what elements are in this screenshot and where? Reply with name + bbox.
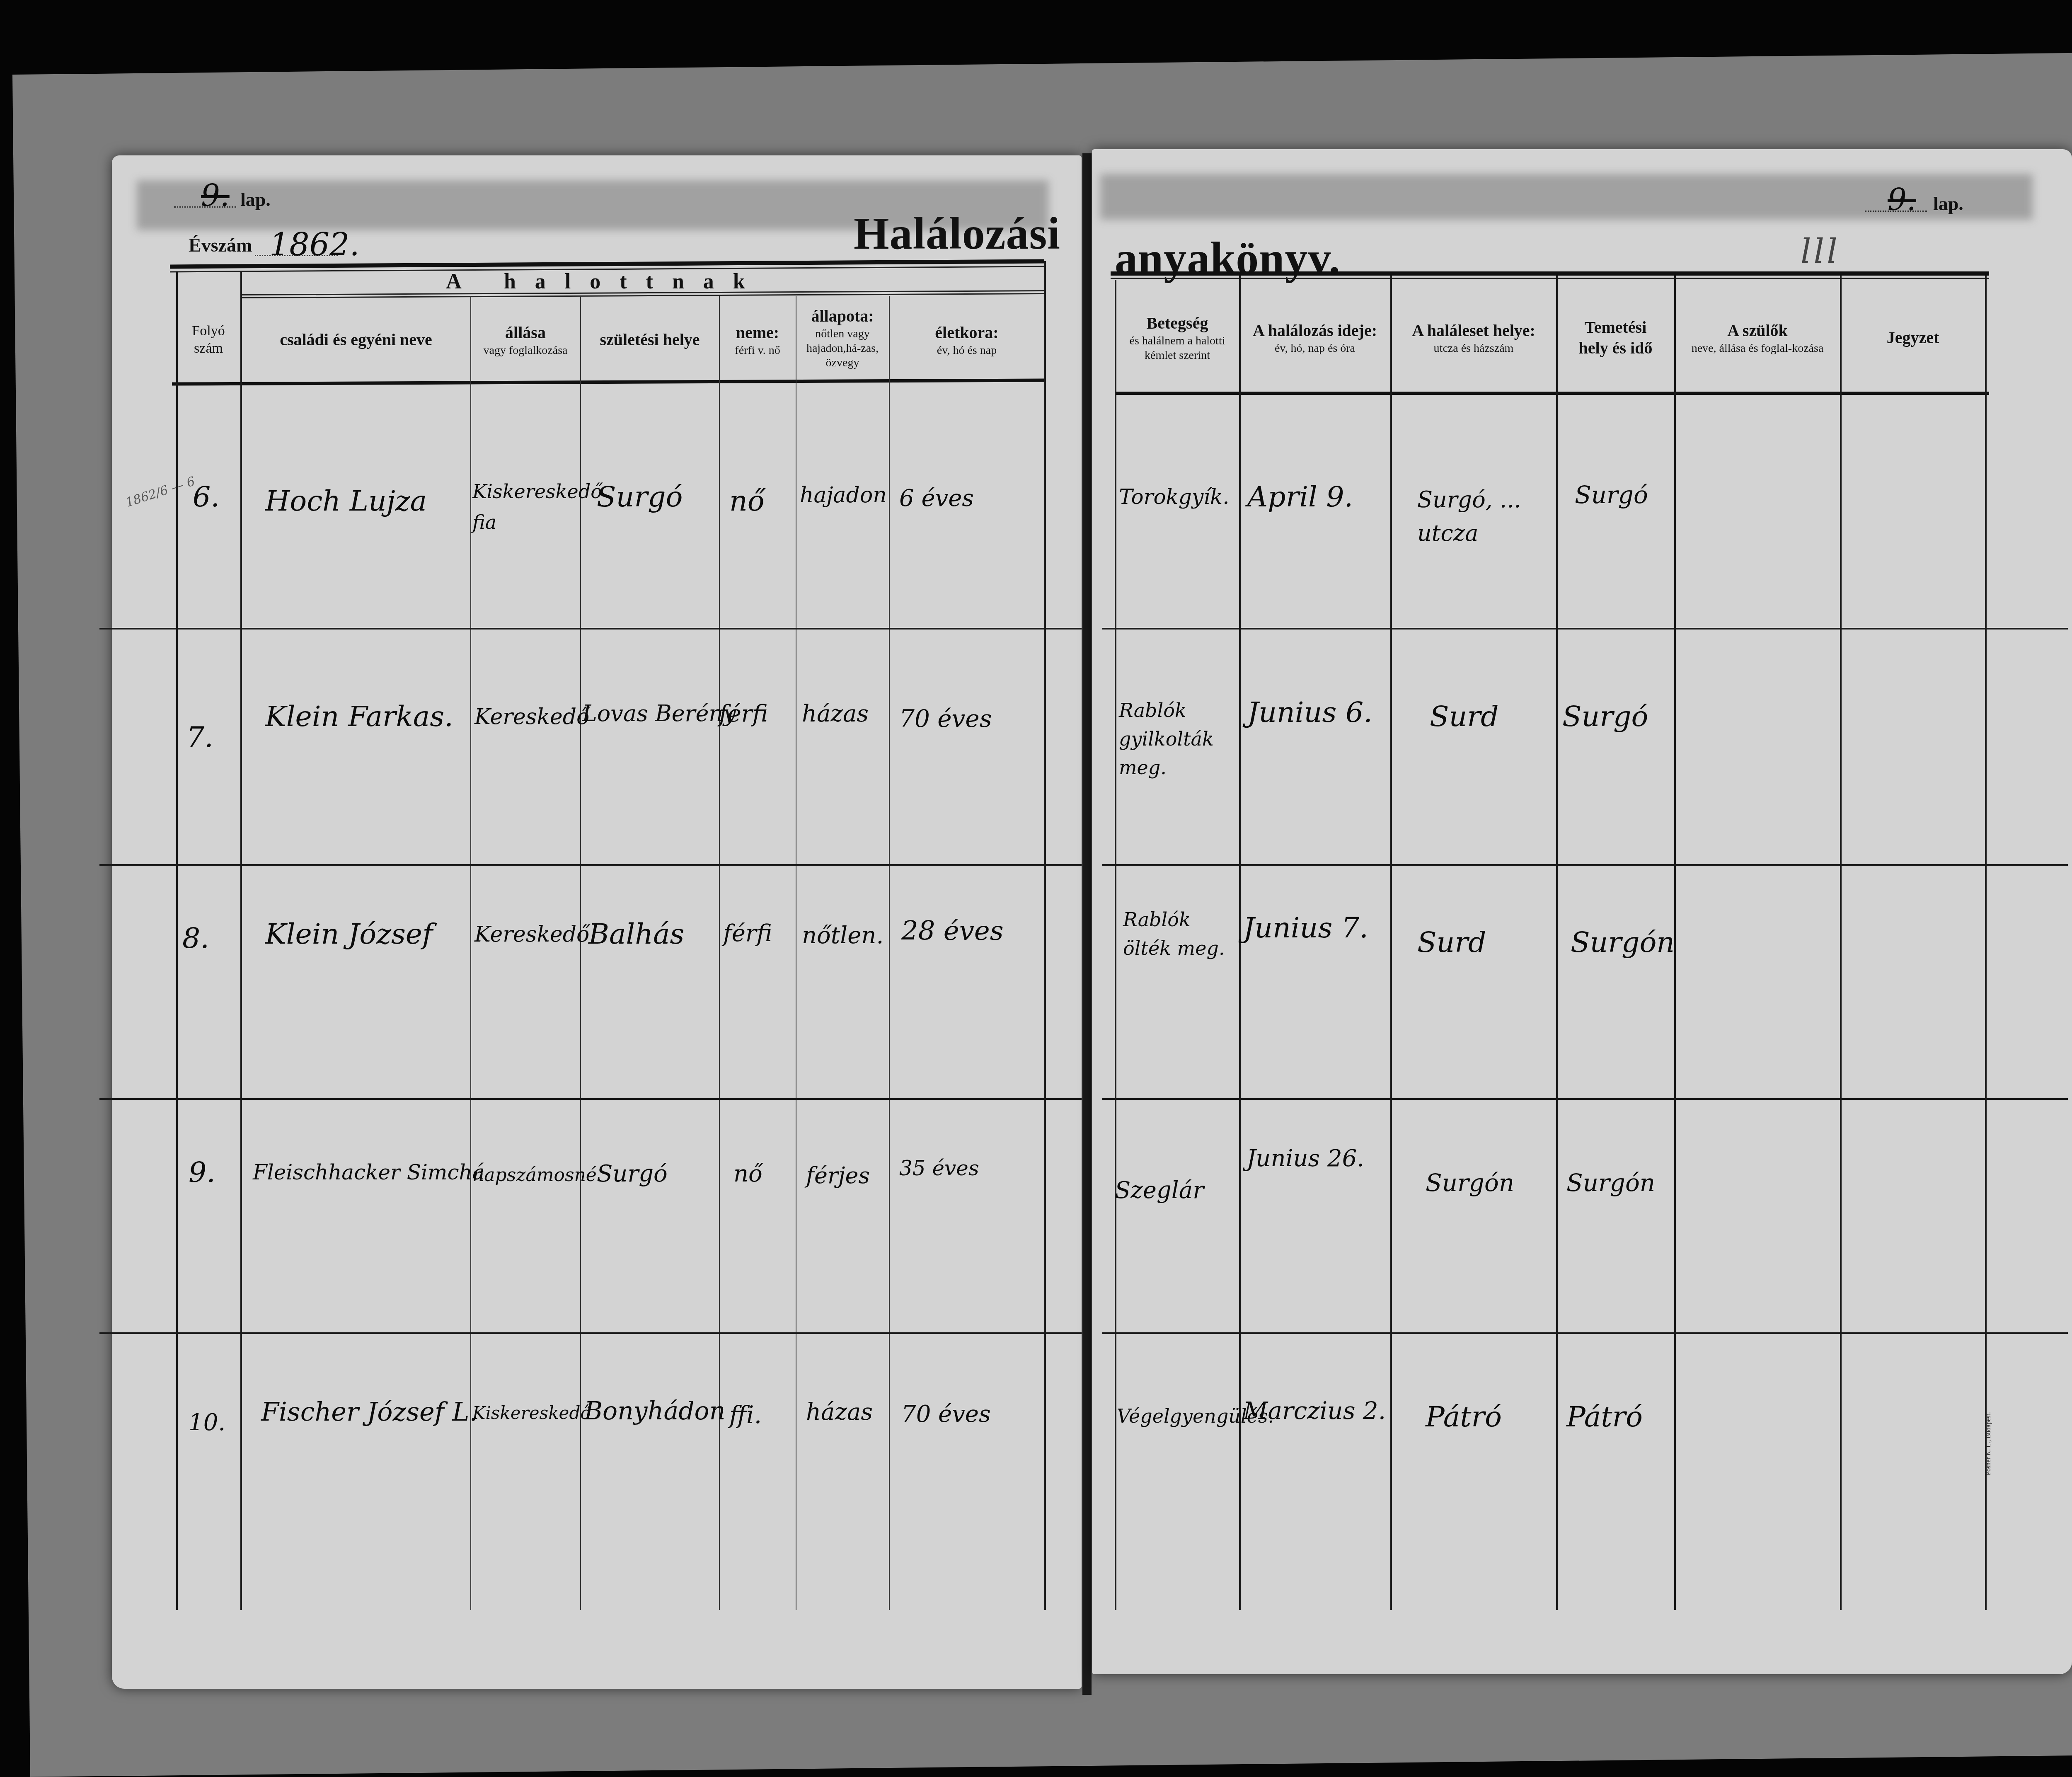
col-header-nev: családi és egyéni neve: [242, 300, 470, 379]
col-sub: szám: [194, 340, 223, 358]
col-title: állapota:: [811, 306, 874, 327]
col-divider: [240, 271, 242, 1610]
lap-label-left: lap.: [240, 189, 271, 211]
entry-cause: Torokgyík.: [1119, 485, 1229, 509]
entry-occupation: Kereskedő: [474, 922, 589, 947]
title-anyakonyv: anyakönyv.: [1115, 232, 1341, 285]
col-title: Temetési: [1585, 317, 1647, 338]
entry-sex: ffi.: [729, 1401, 762, 1429]
col-divider: [1044, 261, 1046, 1610]
book-spine: [1082, 153, 1092, 1695]
col-sub: férfi v. nő: [735, 343, 780, 358]
col-header-halalozas-ideje: A halálozás ideje: év, hó, nap és óra: [1241, 286, 1389, 390]
col-title: A haláleset helye:: [1412, 320, 1535, 341]
col-sub: hely és idő: [1579, 338, 1653, 358]
col-title: családi és egyéni neve: [280, 329, 432, 350]
entry-name: Fischer József L.: [261, 1397, 477, 1427]
col-divider: [796, 296, 796, 1610]
entry-birthplace: Lovas Berény: [582, 700, 736, 726]
entry-sex: nő: [729, 485, 765, 518]
tally-mark: lll: [1801, 232, 1840, 271]
entry-number: 7.: [186, 721, 213, 754]
col-title: A szülők: [1727, 320, 1788, 341]
table-top-rule-thin: [1111, 278, 1989, 279]
col-divider: [1556, 276, 1558, 1610]
col-header-szuletesi-helye: születési helye: [581, 300, 718, 379]
entry-birthplace: Surgó: [597, 1160, 668, 1187]
col-header-szulok: A szülők neve, állása és foglal-kozása: [1676, 286, 1839, 390]
entry-birthplace: Surgó: [597, 481, 683, 513]
col-header-eletkora: életkora: év, hó és nap: [890, 300, 1043, 379]
entry-birthplace: Bonyhádon: [584, 1397, 725, 1426]
col-sub: év, hó, nap és óra: [1275, 341, 1355, 356]
col-header-allasa: állása vagy foglalkozása: [472, 300, 579, 379]
entry-cause: Rablók gyilkolták meg.: [1119, 696, 1235, 782]
entry-number: 6.: [193, 481, 220, 513]
entry-age: 35 éves: [899, 1156, 979, 1180]
col-title: születési helye: [600, 329, 700, 350]
col-header-haleset-helye: A haláleset helye: utcza és házszám: [1392, 286, 1555, 390]
row-divider: [99, 628, 1082, 629]
col-title: A halálozás ideje:: [1253, 320, 1377, 341]
row-divider: [99, 864, 1082, 866]
entry-age: 6 éves: [899, 485, 974, 512]
entry-death-date: April 9.: [1247, 481, 1353, 513]
entry-burial: Pátró: [1566, 1401, 1643, 1433]
entry-status: házas: [802, 700, 869, 727]
col-header-jegyzet: Jegyzet: [1842, 286, 1984, 390]
entry-sex: nő: [733, 1160, 762, 1187]
entry-death-date: Junius 7.: [1243, 912, 1368, 944]
col-sub: neve, állása és foglal-kozása: [1692, 341, 1824, 356]
col-sub: év, hó és nap: [937, 343, 997, 358]
entry-age: 70 éves: [899, 705, 992, 733]
col-title: életkora:: [935, 322, 998, 343]
entry-age: 70 éves: [901, 1401, 991, 1428]
header-bottom-rule: [1115, 392, 1989, 395]
entry-death-place: Surd: [1417, 926, 1486, 959]
entry-sex: férfi: [723, 920, 772, 947]
row-divider: [1102, 1332, 2068, 1334]
entry-death-place: Surgón: [1426, 1169, 1514, 1197]
col-sub: nőtlen vagy hajadon,há-zas, özvegy: [797, 327, 888, 370]
entry-number: 10.: [189, 1409, 225, 1436]
entry-age: 28 éves: [901, 916, 1004, 947]
table-top-rule: [1111, 271, 1989, 276]
col-header-betegseg: Betegség és halálnem a halotti kémlet sz…: [1116, 286, 1238, 390]
col-title: neme:: [736, 322, 779, 343]
col-sub: vagy foglalkozása: [484, 343, 568, 358]
col-header-temetesi: Temetési hely és idő: [1558, 286, 1673, 390]
entry-death-place: Pátró: [1426, 1401, 1502, 1433]
group-header-a-halottnak: A halottnak: [356, 269, 854, 294]
col-title: Jegyzet: [1887, 327, 1939, 348]
entry-name: Klein József: [265, 918, 433, 951]
entry-death-place: Surd: [1430, 700, 1498, 733]
entry-cause: Szeglár: [1115, 1177, 1204, 1204]
row-divider: [1102, 628, 2068, 629]
entry-birthplace: Balhás: [588, 918, 685, 951]
entry-status: hajadon: [800, 483, 887, 508]
row-divider: [99, 1098, 1082, 1100]
col-header-neme: neme: férfi v. nő: [720, 300, 795, 379]
entry-number: 8.: [182, 922, 209, 955]
entry-death-date: Junius 6.: [1247, 696, 1372, 729]
col-header-allapota: állapota: nőtlen vagy hajadon,há-zas, öz…: [797, 296, 888, 379]
entry-name: Fleischhacker Simchá: [253, 1160, 485, 1184]
col-divider: [176, 271, 178, 1610]
entry-name: Klein Farkas.: [265, 700, 453, 733]
row-divider: [99, 1332, 1082, 1334]
year-label: Évszám: [189, 234, 252, 256]
entry-burial: Surgó: [1562, 700, 1648, 733]
col-title: Betegség: [1147, 313, 1208, 334]
entry-occupation: Kereskedő: [474, 705, 589, 729]
col-sub: és halálnem a halotti kémlet szerint: [1116, 334, 1238, 363]
col-divider: [1115, 280, 1116, 1610]
entry-status: nőtlen.: [802, 922, 884, 949]
entry-occupation: napszámosné: [472, 1164, 597, 1186]
lap-label-right: lap.: [1933, 193, 1963, 215]
col-divider: [889, 296, 890, 1610]
printer-mark: Posner K. L., Budapest.: [1985, 1412, 1992, 1475]
entry-status: férjes: [806, 1162, 870, 1189]
col-divider: [1840, 276, 1842, 1610]
entry-death-date: Marczius 2.: [1243, 1397, 1386, 1425]
year-value: 1862.: [269, 226, 360, 263]
entry-cause: Rablók ölték meg.: [1123, 905, 1231, 963]
entry-status: házas: [806, 1399, 873, 1426]
entry-burial: Surgón: [1566, 1169, 1655, 1197]
col-title: Folyó: [192, 322, 225, 340]
entry-name: Hoch Lujza: [265, 485, 427, 518]
row-divider: [1102, 1098, 2068, 1100]
entry-sex: férfi: [719, 700, 768, 727]
row-divider: [1102, 864, 2068, 866]
col-header-folyo-szam: Folyó szám: [177, 300, 240, 379]
entry-burial: Surgón: [1571, 926, 1675, 959]
entry-burial: Surgó: [1575, 481, 1648, 509]
entry-occupation: Kiskereskedő: [472, 1403, 591, 1423]
col-sub: utcza és házszám: [1434, 341, 1514, 356]
entry-number: 9.: [189, 1156, 215, 1189]
col-divider: [1390, 276, 1392, 1610]
col-divider: [1985, 276, 1987, 1610]
title-halalozasi: Halálozási: [854, 207, 1060, 260]
page-number-left: 9.: [201, 178, 230, 213]
entry-occupation: Kiskereskedő fia: [472, 477, 576, 537]
page-number-right: 9.: [1888, 182, 1916, 217]
entry-death-date: Junius 26.: [1243, 1144, 1368, 1174]
entry-death-place: Surgó, ... utcza: [1417, 483, 1550, 550]
col-title: állása: [505, 322, 546, 343]
